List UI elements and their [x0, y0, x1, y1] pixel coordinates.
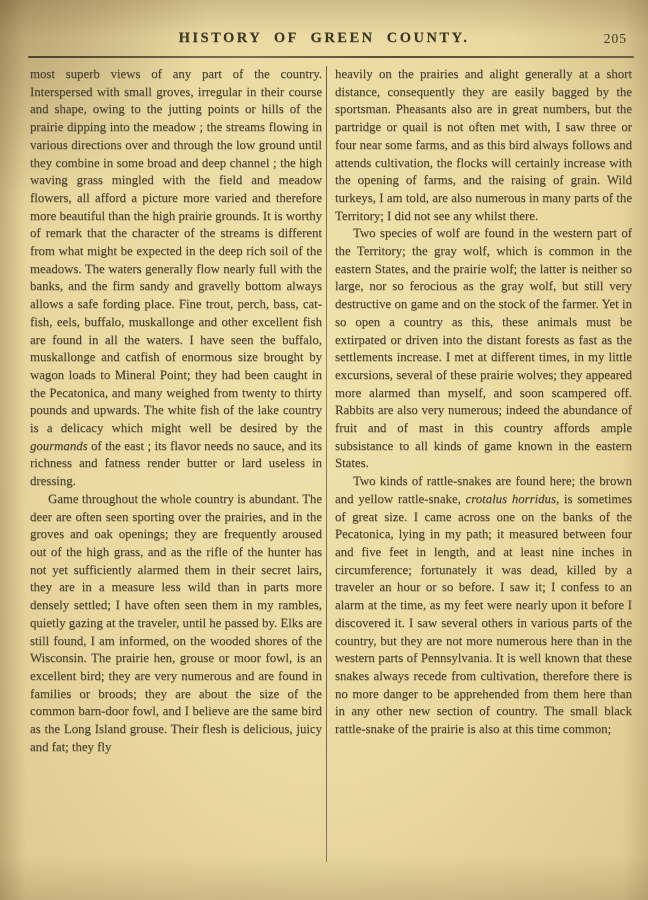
paragraph: most superb views of any part of the cou…: [30, 66, 322, 491]
book-page-scan: HISTORY OF GREEN COUNTY. 205 most superb…: [0, 0, 648, 900]
paragraph-text: most superb views of any part of the cou…: [30, 67, 322, 435]
left-column: most superb views of any part of the cou…: [30, 66, 322, 862]
right-column: heavily on the prairies and alight gener…: [335, 66, 632, 862]
running-title: HISTORY OF GREEN COUNTY.: [0, 30, 648, 47]
paragraph: Game throughout the whole country is abu…: [30, 491, 322, 757]
paragraph: Two kinds of rattle-snakes are found her…: [335, 473, 632, 739]
paragraph-text: Two species of wolf are found in the wes…: [335, 226, 632, 470]
paragraph-text-italic: crotalus horridus: [466, 492, 556, 506]
paragraph-text-italic: gourmands: [30, 439, 88, 453]
paragraph-text: , is sometimes of great size. I came acr…: [335, 492, 632, 736]
paragraph-text: heavily on the prairies and alight gener…: [335, 67, 632, 223]
paragraph: heavily on the prairies and alight gener…: [335, 66, 632, 225]
column-divider-rule: [326, 66, 327, 862]
header-rule: [28, 56, 634, 58]
paragraph: Two species of wolf are found in the wes…: [335, 225, 632, 473]
paragraph-text: Game throughout the whole country is abu…: [30, 492, 322, 754]
page-number: 205: [604, 31, 627, 47]
page-body: most superb views of any part of the cou…: [30, 66, 632, 862]
